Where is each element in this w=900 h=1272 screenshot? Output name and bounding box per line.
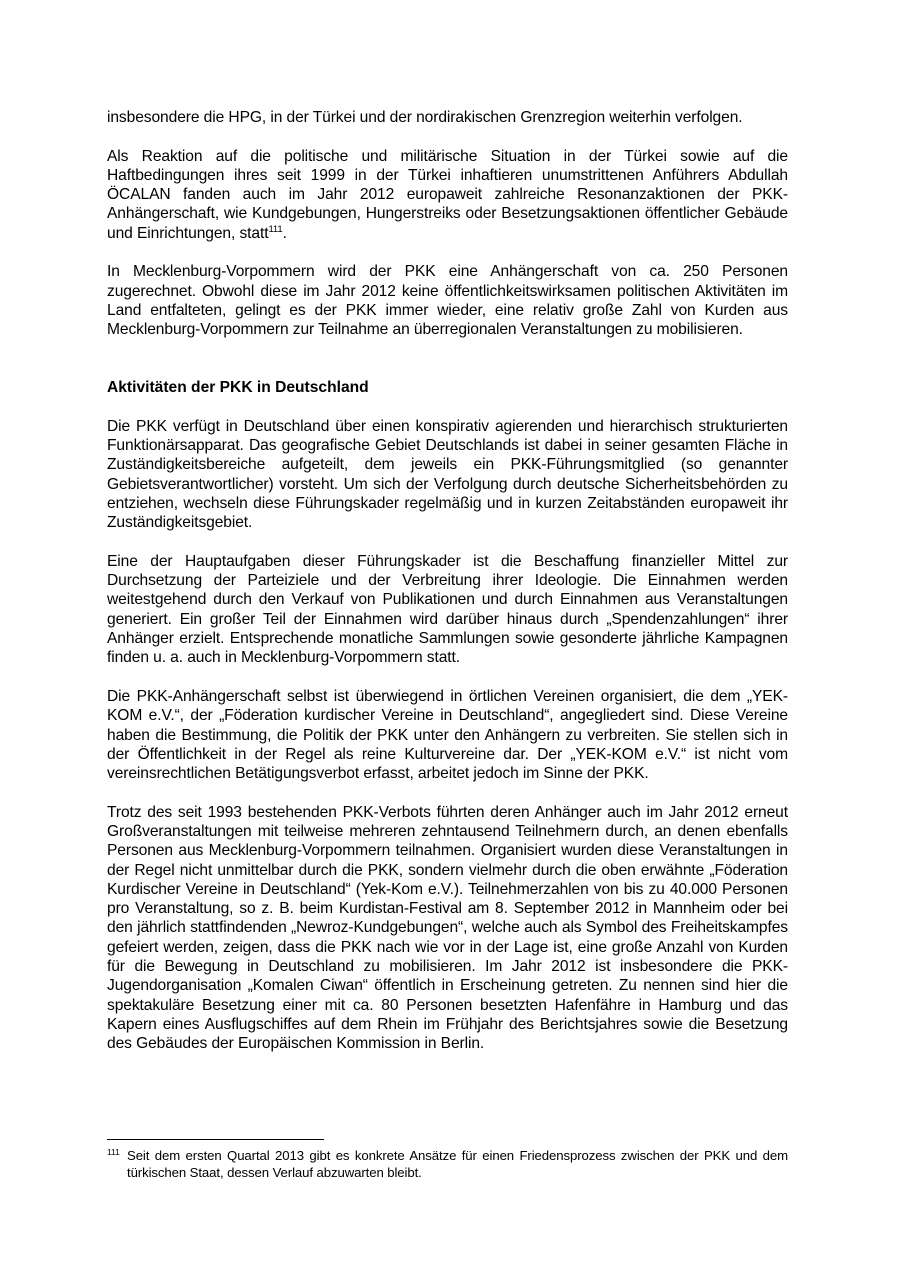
paragraph-associations: Die PKK-Anhängerschaft selbst ist überwi… (107, 687, 788, 783)
paragraph-apparatus: Die PKK verfügt in Deutschland über eine… (107, 417, 788, 533)
paragraph-finances: Eine der Hauptaufgaben dieser Führungska… (107, 552, 788, 668)
paragraph-reaction: Als Reaktion auf die politische und mili… (107, 147, 788, 243)
section-heading: Aktivitäten der PKK in Deutschland (107, 378, 788, 397)
paragraph-continuation: insbesondere die HPG, in der Türkei und … (107, 108, 788, 127)
document-page: insbesondere die HPG, in der Türkei und … (107, 108, 788, 1073)
paragraph-reaction-end: . (283, 225, 287, 242)
paragraph-events: Trotz des seit 1993 bestehenden PKK-Verb… (107, 803, 788, 1054)
footnote-text: Seit dem ersten Quartal 2013 gibt es kon… (127, 1148, 788, 1180)
footnote: 111Seit dem ersten Quartal 2013 gibt es … (107, 1147, 788, 1181)
paragraph-mv-followers: In Mecklenburg-Vorpommern wird der PKK e… (107, 262, 788, 339)
footnote-separator (107, 1139, 324, 1140)
footnote-reference[interactable]: 111 (268, 224, 282, 235)
paragraph-reaction-text: Als Reaktion auf die politische und mili… (107, 148, 788, 242)
